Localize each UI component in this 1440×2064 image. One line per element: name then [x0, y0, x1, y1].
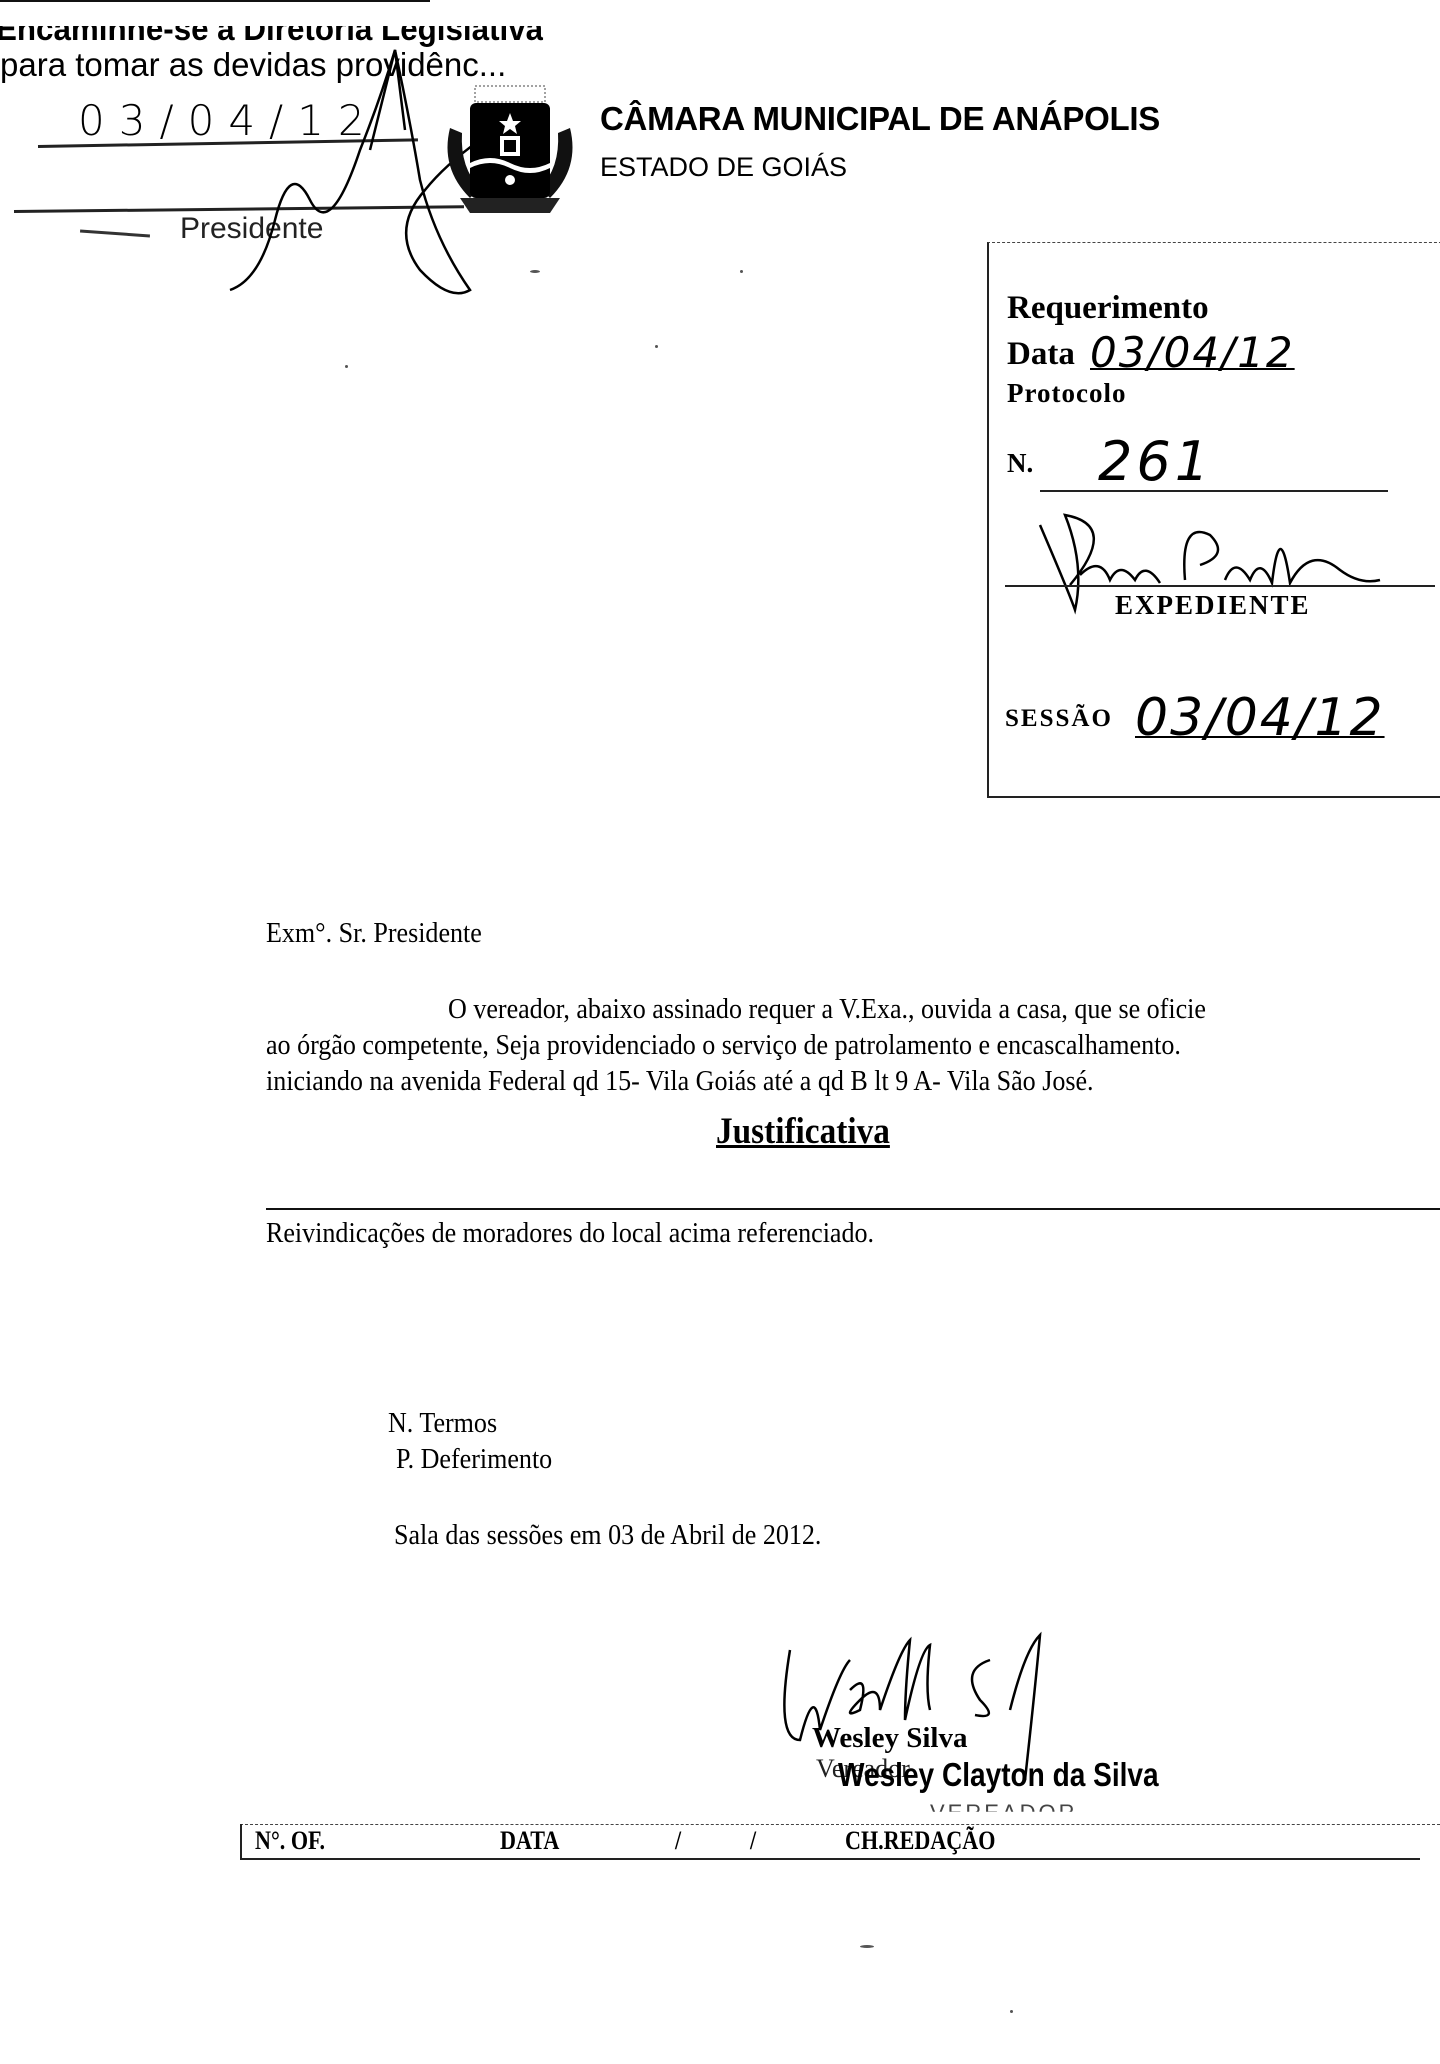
stamp-n-value: 261	[1098, 430, 1213, 493]
stamp-signature-line	[1005, 585, 1435, 587]
stamp-data-label: Data	[1007, 336, 1075, 373]
institution-title: CÂMARA MUNICIPAL DE ANÁPOLIS	[600, 100, 1160, 138]
coat-of-arms-icon	[440, 68, 580, 218]
justification-text: Reivindicações de moradores do local aci…	[266, 1218, 874, 1250]
stamp-title: Requerimento	[1007, 290, 1209, 327]
stamp-n-label: N.	[1007, 448, 1033, 479]
stamp-protocolo-label: Protocolo	[1007, 378, 1126, 409]
footer-slash: /	[675, 1826, 681, 1856]
stamp-n-line	[1040, 490, 1388, 492]
scan-speck	[1010, 2010, 1013, 2013]
closing-termos: N. Termos	[388, 1408, 497, 1440]
top-rule	[0, 0, 430, 2]
footer-box	[240, 1824, 1420, 1860]
footer-redacao-label: CH.REDAÇÃO	[845, 1826, 995, 1856]
stamp-sessao-value: 03/04/12	[1135, 688, 1385, 748]
dash-mark	[80, 230, 150, 238]
paragraph-line: O vereador, abaixo assinado requer a V.E…	[448, 994, 1206, 1026]
footer-slash: /	[750, 1826, 756, 1856]
place-date: Sala das sessões em 03 de Abril de 2012.	[394, 1520, 821, 1552]
justification-title: Justificativa	[716, 1110, 890, 1153]
paragraph-line: ao órgão competente, Seja providenciado …	[266, 1030, 1181, 1062]
stamp-sessao-label: SESSÃO	[1005, 705, 1113, 733]
paragraph-line: iniciando na avenida Federal qd 15- Vila…	[266, 1066, 1094, 1098]
scan-speck	[860, 1945, 874, 1948]
scan-speck	[530, 270, 540, 273]
salutation: Exm°. Sr. Presidente	[266, 918, 482, 950]
councilor-name: Wesley Silva	[812, 1722, 967, 1755]
closing-deferimento: P. Deferimento	[396, 1444, 552, 1476]
footer-of-label: N°. OF.	[255, 1826, 325, 1856]
scan-speck	[345, 365, 348, 368]
stamp-data-value: 03/04/12	[1090, 328, 1295, 377]
justification-rule	[266, 1208, 1440, 1210]
stamp-expediente-label: EXPEDIENTE	[1115, 590, 1311, 621]
scan-speck	[655, 345, 658, 348]
scan-speck	[740, 270, 743, 273]
councilor-stamp-name: Wesley Clayton da Silva	[838, 1756, 1159, 1794]
institution-subtitle: ESTADO DE GOIÁS	[600, 152, 847, 183]
footer-data-label: DATA	[500, 1826, 559, 1856]
councilor-stamp-role: VEREADOR	[930, 1800, 1077, 1826]
